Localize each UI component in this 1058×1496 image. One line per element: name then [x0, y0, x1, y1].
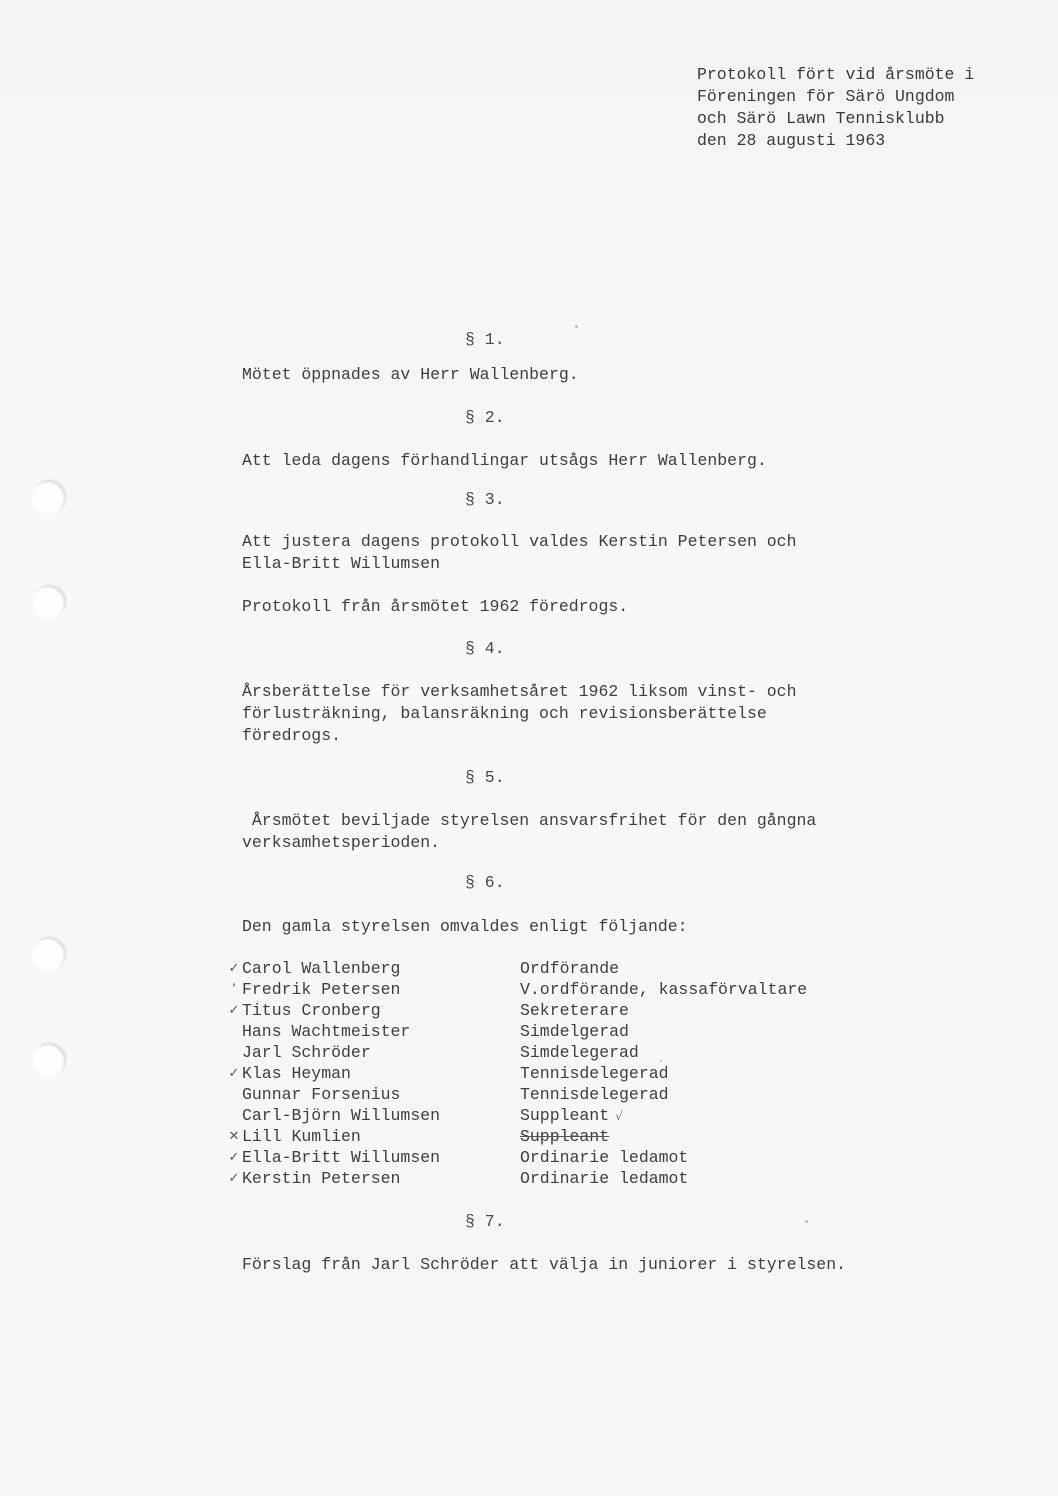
section-heading-6: § 6. [465, 873, 505, 892]
header-line: den 28 augusti 1963 [697, 130, 974, 152]
section-body-4: Årsberättelse för verksamhetsåret 1962 l… [242, 681, 797, 747]
member-name: Kerstin Petersen [242, 1168, 400, 1189]
punch-hole [32, 480, 66, 514]
handwritten-mark-icon: ✓ [226, 1168, 242, 1189]
member-name: Titus Cronberg [242, 1000, 381, 1021]
member-role: Simdelegerad [520, 1042, 639, 1063]
body-line: föredrogs. [242, 725, 797, 747]
document-header: Protokoll fört vid årsmöte i Föreningen … [697, 64, 974, 152]
member-name: Klas Heyman [242, 1063, 351, 1084]
body-line: Förslag från Jarl Schröder att välja in … [242, 1254, 846, 1276]
handwritten-mark-icon: ʼ [226, 979, 242, 1000]
section-heading-5: § 5. [465, 768, 505, 787]
member-role-text: Tennisdelegerad [520, 1064, 669, 1083]
paper-speck [660, 1060, 662, 1062]
member-role: Ordinarie ledamot [520, 1168, 688, 1189]
member-role-text: V.ordförande, kassaförvaltare [520, 980, 807, 999]
body-line: verksamhetsperioden. [242, 832, 816, 854]
member-role-text: Sekreterare [520, 1001, 629, 1020]
check-mark-icon: √ [615, 1109, 623, 1123]
section-heading-3: § 3. [465, 490, 505, 509]
member-role: Tennisdelegerad [520, 1063, 669, 1084]
member-role: Suppleant√ [520, 1105, 623, 1127]
punch-hole [32, 585, 66, 619]
body-line: Att justera dagens protokoll valdes Kers… [242, 531, 797, 553]
body-line: förlusträkning, balansräkning och revisi… [242, 703, 797, 725]
section-body-6: Den gamla styrelsen omvaldes enligt följ… [242, 916, 688, 938]
member-role-text: Ordförande [520, 959, 619, 978]
section-body-5: Årsmötet beviljade styrelsen ansvarsfrih… [242, 810, 816, 854]
handwritten-mark-icon: ✓ [226, 1147, 242, 1168]
member-role: Ordförande [520, 958, 619, 979]
member-role: V.ordförande, kassaförvaltare [520, 979, 807, 1000]
member-name: Carl-Björn Willumsen [242, 1105, 440, 1126]
member-role-text: Ordinarie ledamot [520, 1169, 688, 1188]
member-role-text: Suppleant [520, 1127, 609, 1146]
body-line: Mötet öppnades av Herr Wallenberg. [242, 364, 579, 386]
punch-hole [32, 1043, 66, 1077]
member-name: Ella-Britt Willumsen [242, 1147, 440, 1168]
body-line: Den gamla styrelsen omvaldes enligt följ… [242, 916, 688, 938]
handwritten-mark-icon: ✓ [226, 1063, 242, 1084]
member-name: Carol Wallenberg [242, 958, 400, 979]
section-heading-1: § 1. [465, 330, 505, 349]
handwritten-mark-icon: ✕ [226, 1126, 242, 1147]
member-name: Lill Kumlien [242, 1126, 361, 1147]
section-body-3: Att justera dagens protokoll valdes Kers… [242, 531, 797, 575]
member-role: Simdelgerad [520, 1021, 629, 1042]
header-line: Protokoll fört vid årsmöte i [697, 64, 974, 86]
handwritten-mark-icon: ✓ [226, 1000, 242, 1021]
member-role-text: Tennisdelegerad [520, 1085, 669, 1104]
body-line: Årsmötet beviljade styrelsen ansvarsfrih… [242, 810, 816, 832]
body-line: Protokoll från årsmötet 1962 föredrogs. [242, 596, 628, 618]
section-body-7: Förslag från Jarl Schröder att välja in … [242, 1254, 846, 1276]
paper-speck [575, 325, 578, 328]
paper-speck [805, 1220, 808, 1223]
member-role-text: Suppleant [520, 1106, 609, 1125]
section-body-2: Att leda dagens förhandlingar utsågs Her… [242, 450, 767, 472]
member-role: Sekreterare [520, 1000, 629, 1021]
handwritten-mark-icon: ✓ [226, 958, 242, 979]
member-role: Tennisdelegerad [520, 1084, 669, 1105]
member-role-text: Simdelgerad [520, 1022, 629, 1041]
section-body-1: Mötet öppnades av Herr Wallenberg. [242, 364, 579, 386]
header-line: och Särö Lawn Tennisklubb [697, 108, 974, 130]
member-name: Gunnar Forsenius [242, 1084, 400, 1105]
header-line: Föreningen för Särö Ungdom [697, 86, 974, 108]
section-heading-2: § 2. [465, 408, 505, 427]
member-name: Hans Wachtmeister [242, 1021, 410, 1042]
document-page: Protokoll fört vid årsmöte i Föreningen … [0, 0, 1058, 1496]
member-name: Jarl Schröder [242, 1042, 371, 1063]
member-role: Ordinarie ledamot [520, 1147, 688, 1168]
member-role: Suppleant [520, 1126, 609, 1147]
member-name: Fredrik Petersen [242, 979, 400, 1000]
body-line: Ella-Britt Willumsen [242, 553, 797, 575]
punch-hole [32, 937, 66, 971]
section-heading-4: § 4. [465, 639, 505, 658]
member-role-text: Simdelegerad [520, 1043, 639, 1062]
section-body-3-extra: Protokoll från årsmötet 1962 föredrogs. [242, 596, 628, 618]
member-role-text: Ordinarie ledamot [520, 1148, 688, 1167]
section-heading-7: § 7. [465, 1212, 505, 1231]
body-line: Årsberättelse för verksamhetsåret 1962 l… [242, 681, 797, 703]
body-line: Att leda dagens förhandlingar utsågs Her… [242, 450, 767, 472]
